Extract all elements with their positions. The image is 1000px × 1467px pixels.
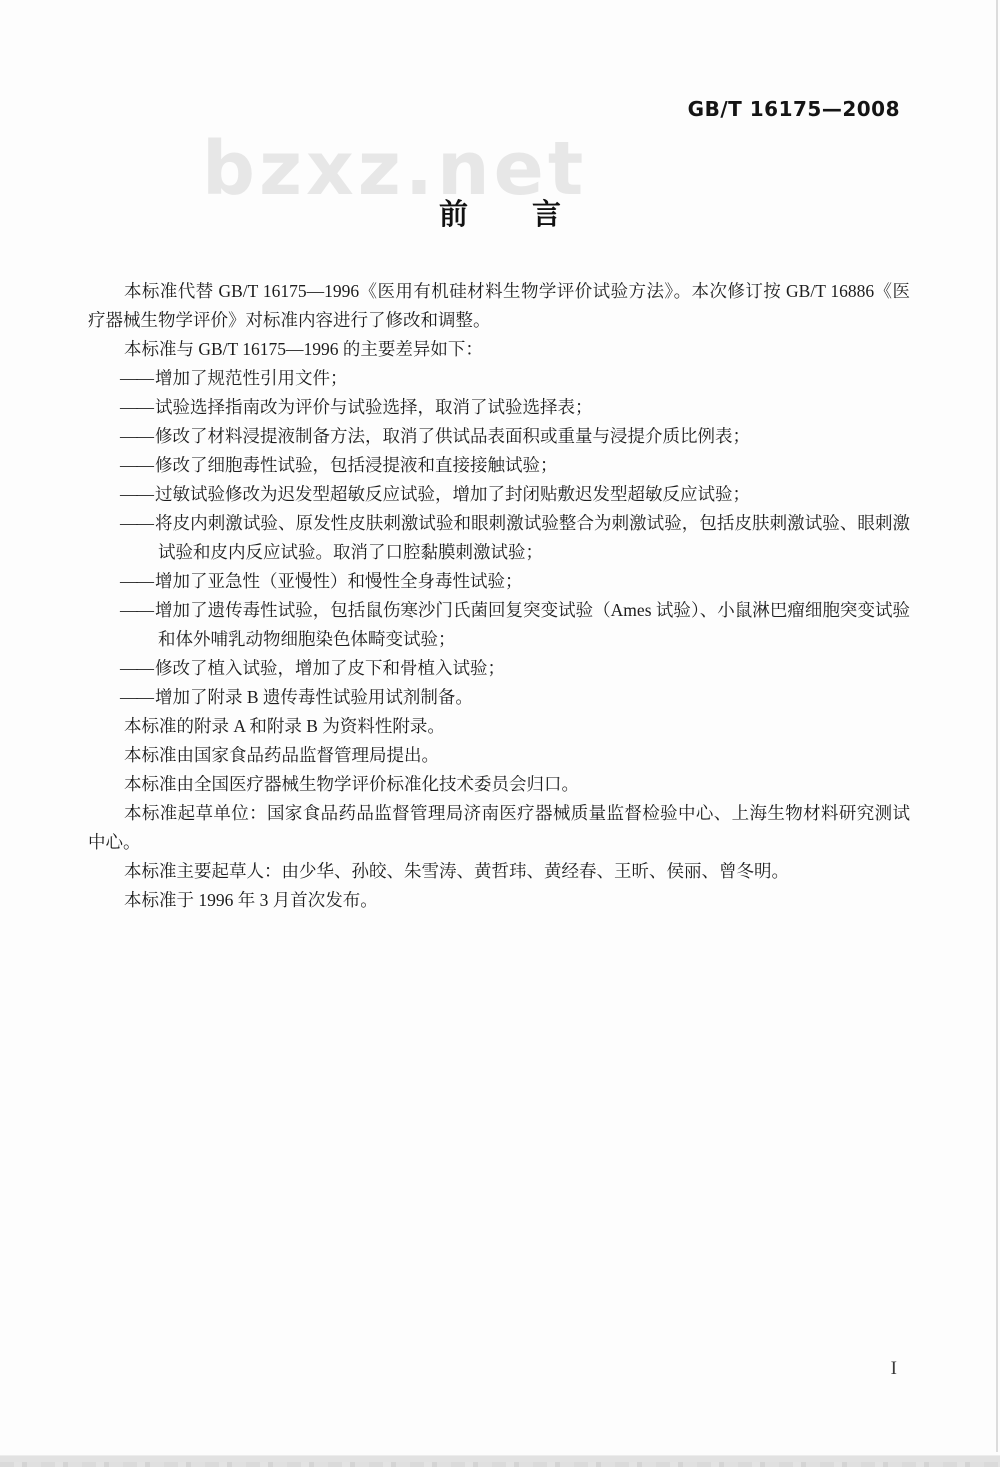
list-item-text: 修改了材料浸提液制备方法，取消了供试品表面积或重量与浸提介质比例表；: [155, 426, 750, 446]
dash-prefix: ——: [120, 455, 155, 475]
page-title: 前 言: [0, 192, 1000, 233]
list-item-text: 将皮内刺激试验、原发性皮肤刺激试验和眼刺激试验整合为刺激试验，包括皮肤刺激试验、…: [155, 513, 910, 562]
list-item: ——增加了亚急性（亚慢性）和慢性全身毒性试验；: [88, 567, 910, 596]
paragraph: 本标准主要起草人：由少华、孙皎、朱雪涛、黄哲玮、黄经春、王昕、侯丽、曾冬明。: [88, 857, 910, 886]
dash-prefix: ——: [120, 600, 155, 620]
title-char-1: 前: [439, 192, 468, 233]
dash-prefix: ——: [120, 368, 155, 388]
dash-prefix: ——: [120, 571, 155, 591]
paragraph: 本标准与 GB/T 16175—1996 的主要差异如下：: [88, 335, 910, 364]
document-page: GB/T 16175—2008 bzxz.net 前 言 本标准代替 GB/T …: [0, 0, 1000, 1467]
dash-prefix: ——: [120, 397, 155, 417]
list-item-text: 增加了遗传毒性试验，包括鼠伤寒沙门氏菌回复突变试验（Ames 试验）、小鼠淋巴瘤…: [155, 600, 910, 649]
list-item-text: 修改了植入试验，增加了皮下和骨植入试验；: [155, 658, 505, 678]
dash-prefix: ——: [120, 687, 155, 707]
list-item: ——增加了遗传毒性试验，包括鼠伤寒沙门氏菌回复突变试验（Ames 试验）、小鼠淋…: [88, 596, 910, 654]
list-item-text: 增加了亚急性（亚慢性）和慢性全身毒性试验；: [155, 571, 523, 591]
list-item-text: 过敏试验修改为迟发型超敏反应试验，增加了封闭贴敷迟发型超敏反应试验；: [155, 484, 750, 504]
dash-prefix: ——: [120, 484, 155, 504]
list-item: ——增加了附录 B 遗传毒性试验用试剂制备。: [88, 683, 910, 712]
standard-code: GB/T 16175—2008: [688, 97, 900, 121]
dash-prefix: ——: [120, 658, 155, 678]
paragraph: 本标准起草单位：国家食品药品监督管理局济南医疗器械质量监督检验中心、上海生物材料…: [88, 799, 910, 857]
list-item: ——修改了材料浸提液制备方法，取消了供试品表面积或重量与浸提介质比例表；: [88, 422, 910, 451]
title-char-2: 言: [532, 192, 561, 233]
list-item: ——修改了细胞毒性试验，包括浸提液和直接接触试验；: [88, 451, 910, 480]
list-item: ——修改了植入试验，增加了皮下和骨植入试验；: [88, 654, 910, 683]
scan-noise-strip: [0, 1462, 1000, 1467]
dash-prefix: ——: [120, 513, 155, 533]
list-item: ——增加了规范性引用文件；: [88, 364, 910, 393]
paragraph: 本标准由国家食品药品监督管理局提出。: [88, 741, 910, 770]
paragraph: 本标准代替 GB/T 16175—1996《医用有机硅材料生物学评价试验方法》。…: [88, 277, 910, 335]
list-item: ——过敏试验修改为迟发型超敏反应试验，增加了封闭贴敷迟发型超敏反应试验；: [88, 480, 910, 509]
page-number: I: [891, 1358, 897, 1380]
list-item: ——将皮内刺激试验、原发性皮肤刺激试验和眼刺激试验整合为刺激试验，包括皮肤刺激试…: [88, 509, 910, 567]
body-text: 本标准代替 GB/T 16175—1996《医用有机硅材料生物学评价试验方法》。…: [88, 277, 910, 915]
dash-prefix: ——: [120, 426, 155, 446]
paragraph: 本标准由全国医疗器械生物学评价标准化技术委员会归口。: [88, 770, 910, 799]
list-item: ——试验选择指南改为评价与试验选择，取消了试验选择表；: [88, 393, 910, 422]
list-item-text: 修改了细胞毒性试验，包括浸提液和直接接触试验；: [155, 455, 558, 475]
paragraph: 本标准于 1996 年 3 月首次发布。: [88, 886, 910, 915]
list-item-text: 增加了附录 B 遗传毒性试验用试剂制备。: [155, 687, 473, 707]
list-item-text: 试验选择指南改为评价与试验选择，取消了试验选择表；: [155, 397, 593, 417]
paragraph: 本标准的附录 A 和附录 B 为资料性附录。: [88, 712, 910, 741]
list-item-text: 增加了规范性引用文件；: [155, 368, 348, 388]
page-bottom-edge: [0, 1455, 1000, 1467]
